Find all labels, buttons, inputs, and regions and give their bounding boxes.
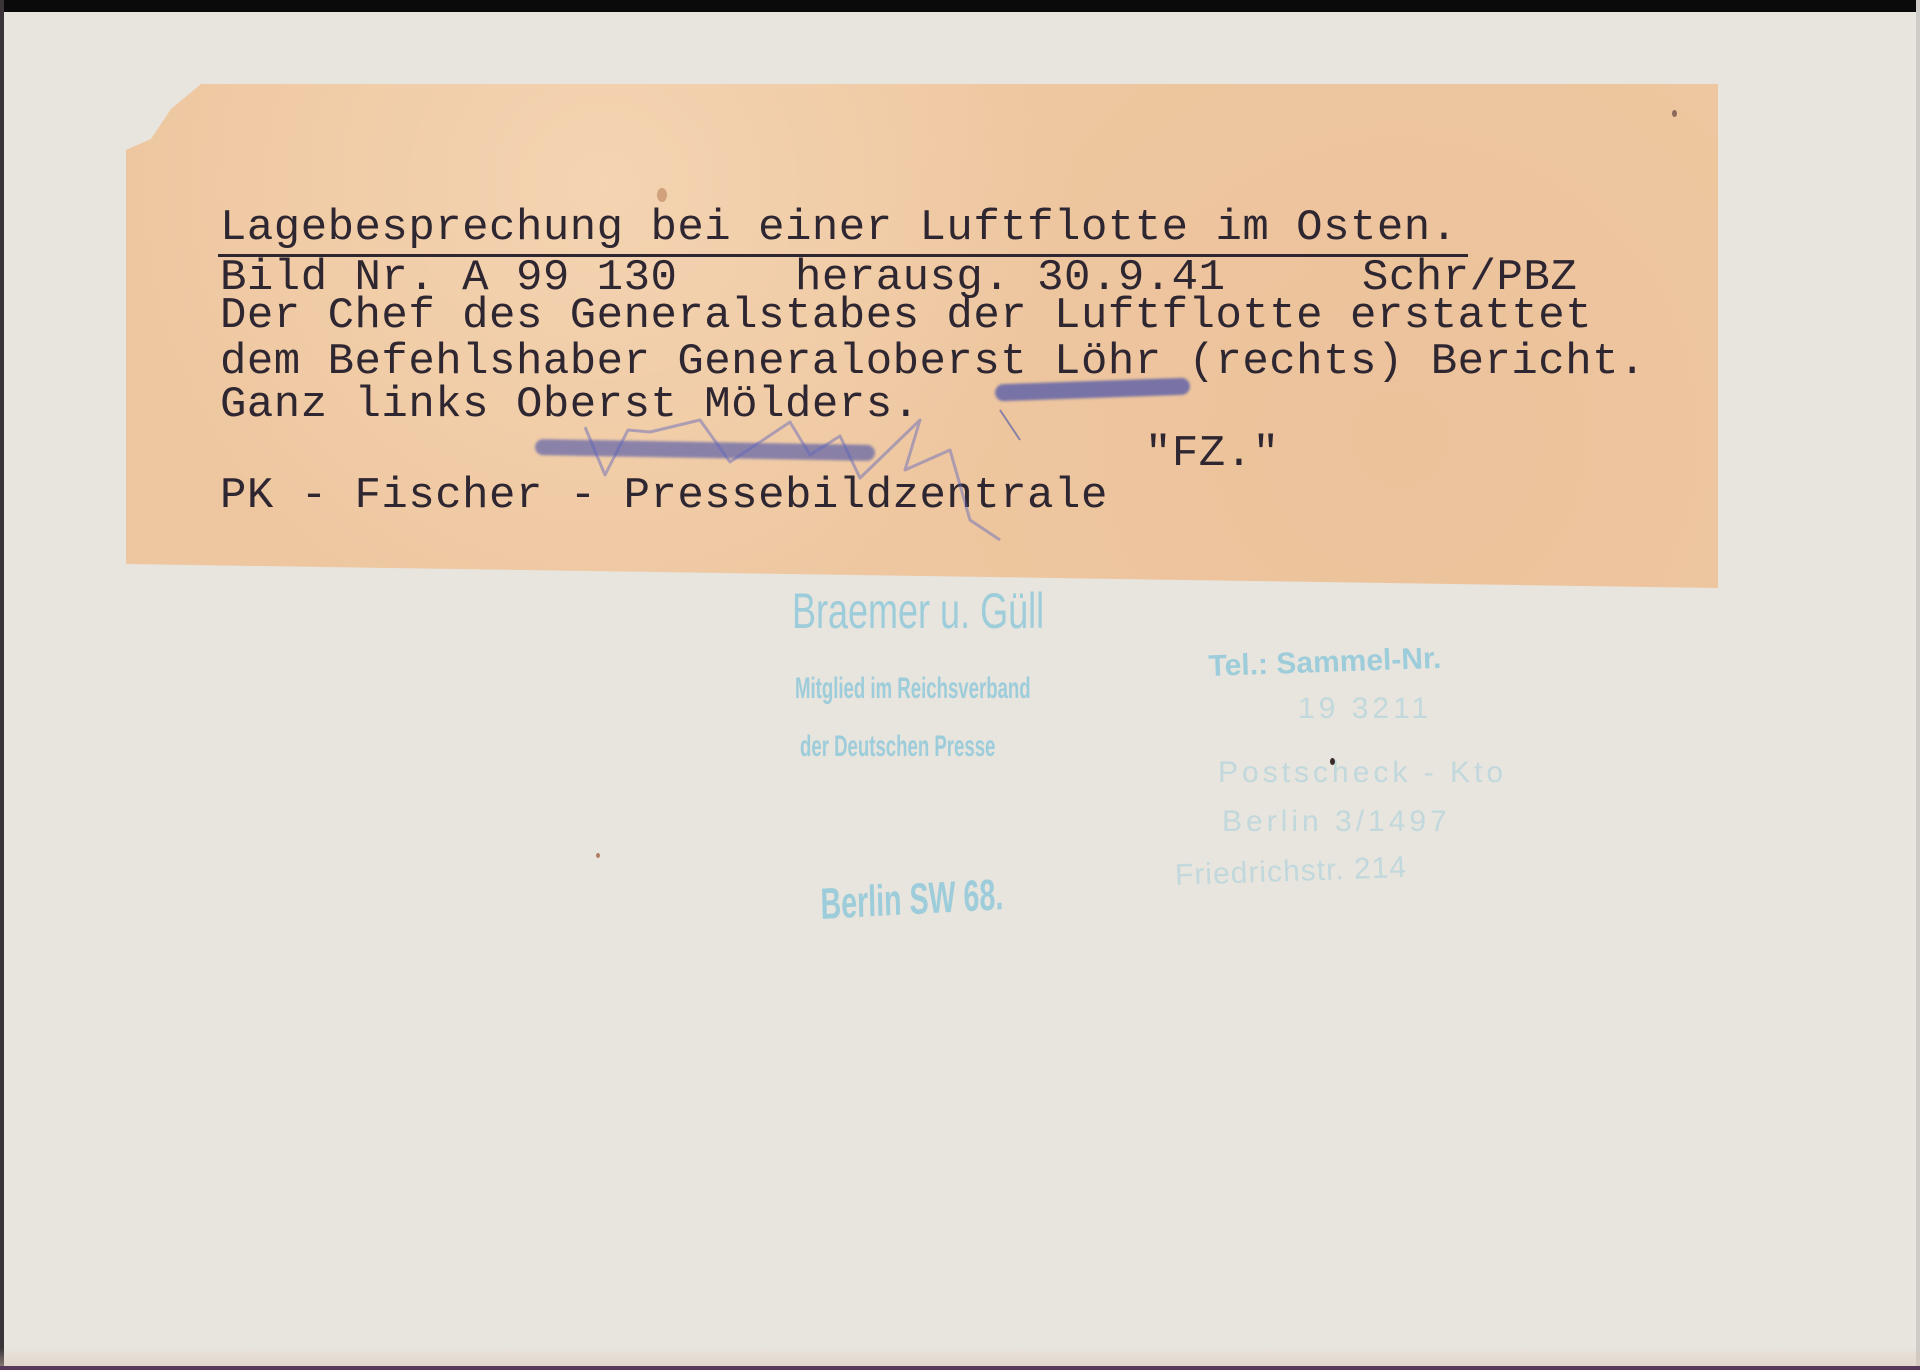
speck bbox=[596, 853, 600, 858]
scan-border-right bbox=[1916, 0, 1920, 1370]
photo-reverse-side: Lagebesprechung bei einer Luftflotte im … bbox=[0, 0, 1920, 1370]
stamp-postscheck-city: Berlin 3/1497 bbox=[1222, 805, 1451, 839]
scan-border-left bbox=[0, 0, 4, 1370]
stamp-tel-number: 19 3211 bbox=[1298, 692, 1432, 726]
stamp-address-street: Friedrichstr. 214 bbox=[1174, 851, 1407, 893]
stamp-line: Mitglied im Reichsverband bbox=[795, 672, 1031, 706]
edge-stain bbox=[0, 1348, 1920, 1366]
speck bbox=[1672, 110, 1677, 117]
speck bbox=[1330, 758, 1335, 765]
scan-border-bottom bbox=[0, 1366, 1920, 1370]
stain-spot bbox=[657, 188, 667, 202]
caption-title: Lagebesprechung bei einer Luftflotte im … bbox=[220, 206, 1458, 250]
stamp-tel-label: Tel.: Sammel-Nr. bbox=[1208, 642, 1442, 684]
stamp-name: Braemer u. Güll bbox=[792, 582, 1044, 640]
scan-border-top bbox=[0, 0, 1920, 12]
caption-body-line: Ganz links Oberst Mölders. bbox=[220, 383, 920, 427]
caption-body-line: dem Befehlshaber Generaloberst Löhr (rec… bbox=[220, 340, 1646, 384]
fz-mark: "FZ." bbox=[1145, 432, 1280, 476]
stamp-postscheck: Postscheck - Kto bbox=[1218, 756, 1507, 790]
caption-body-line: Der Chef des Generalstabes der Luftflott… bbox=[220, 294, 1592, 338]
stamp-address-city: Berlin SW 68. bbox=[820, 870, 1004, 930]
stamp-line: der Deutschen Presse bbox=[800, 730, 995, 764]
photo-credit: PK - Fischer - Pressebildzentrale bbox=[220, 474, 1108, 518]
